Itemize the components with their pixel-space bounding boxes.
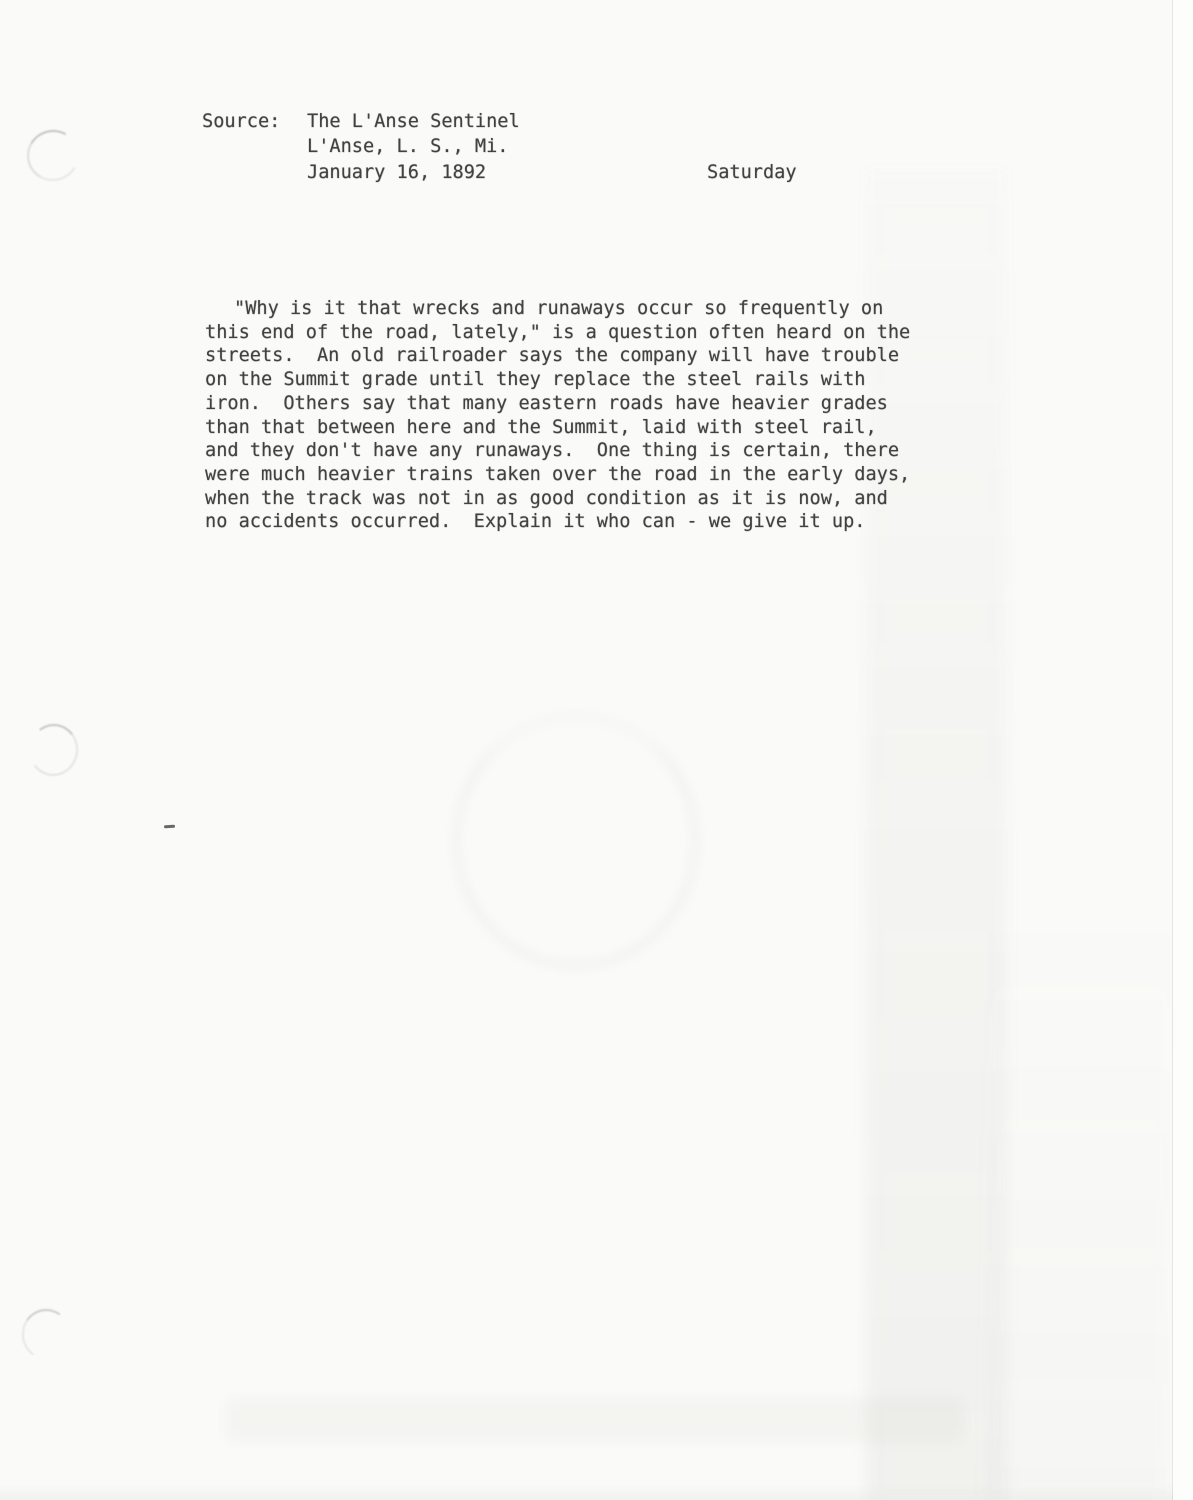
- article-line: than that between here and the Summit, l…: [205, 416, 910, 440]
- source-label: Source:: [202, 109, 280, 134]
- scan-shadow-corner: [990, 900, 1170, 1500]
- article-line: were much heavier trains taken over the …: [205, 463, 910, 487]
- punch-hole-middle: [26, 721, 82, 779]
- article-line: on the Summit grade until they replace t…: [205, 368, 910, 392]
- scan-bottom-edge: [0, 1484, 1173, 1500]
- paper-stain-ring: [452, 712, 700, 970]
- publication-date: January 16, 1892: [307, 160, 520, 185]
- punch-hole-bottom: [18, 1305, 75, 1364]
- punch-hole-top: [21, 124, 84, 187]
- publication-name: The L'Anse Sentinel: [307, 109, 520, 134]
- article-line: and they don't have any runaways. One th…: [205, 439, 910, 463]
- publication-weekday: Saturday: [707, 160, 797, 185]
- scan-edge-strip: [1172, 0, 1193, 1500]
- publication-location: L'Anse, L. S., Mi.: [307, 134, 520, 159]
- pencil-dash-mark: [164, 825, 175, 829]
- source-details: The L'Anse Sentinel L'Anse, L. S., Mi. J…: [307, 109, 520, 185]
- article-line: "Why is it that wrecks and runaways occu…: [205, 297, 910, 321]
- article-line: no accidents occurred. Explain it who ca…: [205, 510, 910, 534]
- article-text: "Why is it that wrecks and runaways occu…: [205, 297, 910, 534]
- article-line: when the track was not in as good condit…: [205, 487, 910, 511]
- scan-mottle-band: [225, 1398, 965, 1442]
- article-line: streets. An old railroader says the comp…: [205, 344, 910, 368]
- scanned-document-page: Source: The L'Anse Sentinel L'Anse, L. S…: [0, 0, 1193, 1500]
- article-line: iron. Others say that many eastern roads…: [205, 392, 910, 416]
- article-line: this end of the road, lately," is a ques…: [205, 321, 910, 345]
